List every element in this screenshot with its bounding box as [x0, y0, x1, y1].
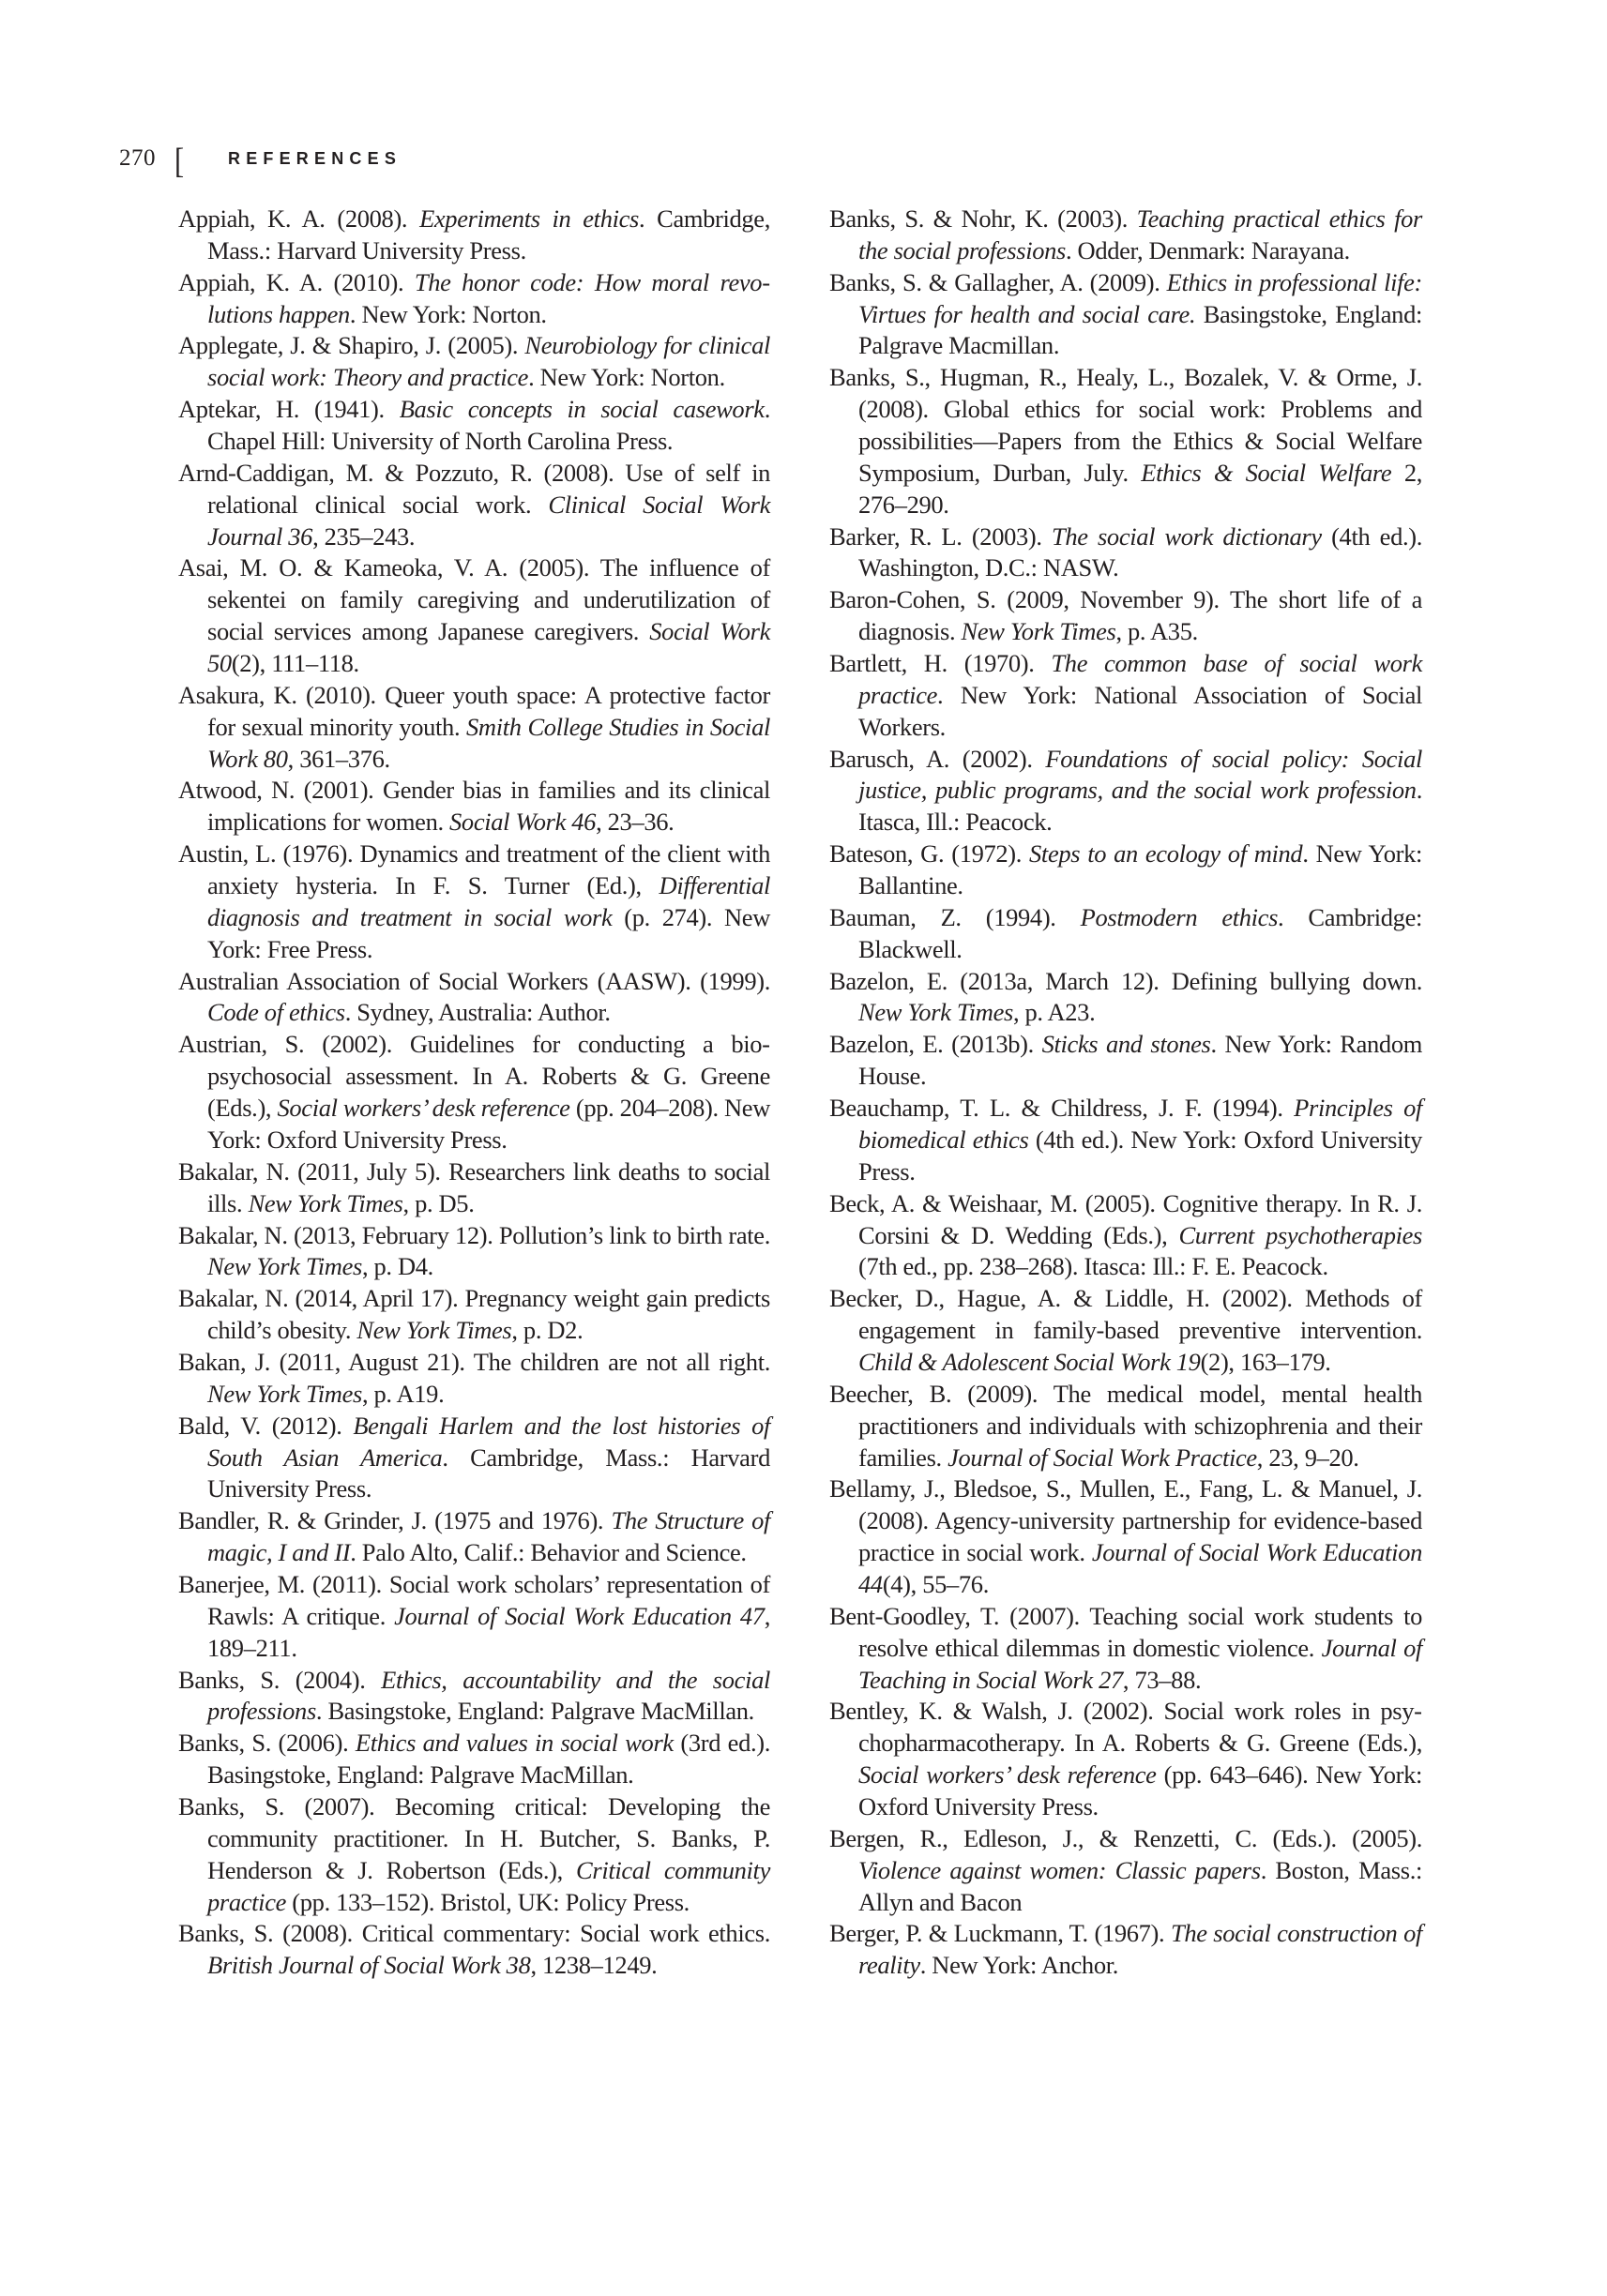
reference-title: Child & Adolescent Social Work 19 [858, 1348, 1201, 1376]
reference-text: (2), 163–179. [1201, 1348, 1331, 1376]
reference-entry: Becker, D., Hague, A. & Liddle, H. (2002… [829, 1283, 1422, 1379]
reference-entry: Appiah, K. A. (2008). Experiments in eth… [178, 204, 770, 267]
section-title: REFERENCES [228, 150, 402, 167]
reference-entry: Atwood, N. (2001). Gender bias in famili… [178, 775, 770, 838]
reference-entry: Bartlett, H. (1970). The common base of … [829, 648, 1422, 744]
reference-entry: Banks, S. & Gallagher, A. (2009). Ethics… [829, 267, 1422, 363]
reference-title: Social workers’ desk reference [277, 1094, 569, 1122]
reference-title: Violence against women: Classic papers [858, 1856, 1261, 1884]
reference-text: (7th ed., pp. 238–268). Itasca: Ill.: F.… [858, 1252, 1328, 1280]
reference-text: . New York: Norton. [350, 300, 547, 328]
reference-title: Ethics and values in social work [356, 1729, 674, 1757]
reference-text: Bateson, G. (1972). [829, 839, 1029, 868]
reference-text: , 73–88. [1123, 1666, 1201, 1694]
reference-text: Applegate, J. & Shapiro, J. (2005). [178, 331, 524, 359]
reference-entry: Bateson, G. (1972). Steps to an ecology … [829, 838, 1422, 902]
reference-title: New York Times [207, 1252, 362, 1280]
reference-title: Code of ethics [207, 998, 345, 1026]
reference-entry: Beck, A. & Weishaar, M. (2005). Cognitiv… [829, 1188, 1422, 1284]
reference-text: Bakalar, N. (2013, February 12). Polluti… [178, 1221, 770, 1249]
page-number: 270 [119, 146, 156, 170]
reference-title: The social work dictionary [1052, 522, 1322, 551]
reference-entry: Banerjee, M. (2011). Social work scholar… [178, 1569, 770, 1665]
reference-text: Berger, P. & Luckmann, T. (1967). [829, 1919, 1171, 1947]
reference-title: Journal of Social Work Practice [948, 1443, 1257, 1472]
reference-text: Bald, V. (2012). [178, 1412, 353, 1440]
reference-entry: Bakalar, N. (2013, February 12). Polluti… [178, 1220, 770, 1284]
reference-entry: Bald, V. (2012). Bengali Harlem and the … [178, 1411, 770, 1506]
reference-entry: Asai, M. O. & Kameoka, V. A. (2005). The… [178, 552, 770, 679]
reference-text: Banks, S. (2006). [178, 1729, 356, 1757]
reference-text: (pp. 133–152). Bristol, UK: Policy Press… [286, 1888, 690, 1916]
reference-entry: Bazelon, E. (2013a, March 12). Defining … [829, 966, 1422, 1030]
reference-text: Banks, S. (2004). [178, 1666, 381, 1694]
reference-entry: Banks, S. & Nohr, K. (2003). Teaching pr… [829, 204, 1422, 267]
reference-text: Aptekar, H. (1941). [178, 395, 400, 423]
reference-text: , 235–243. [312, 522, 415, 551]
reference-title: New York Times [207, 1380, 362, 1408]
reference-text: Bergen, R., Edleson, J., & Renzetti, C. … [829, 1824, 1422, 1852]
reference-text: , p. A19. [362, 1380, 444, 1408]
reference-entry: Berger, P. & Luckmann, T. (1967). The so… [829, 1918, 1422, 1982]
reference-text: , 23, 9–20. [1257, 1443, 1359, 1472]
reference-entry: Bakalar, N. (2014, April 17). Pregnancy … [178, 1283, 770, 1347]
reference-text: Bartlett, H. (1970). [829, 649, 1051, 677]
reference-text: Bazelon, E. (2013a, March 12). Defining … [829, 967, 1422, 995]
reference-title: Steps to an ecology of mind [1029, 839, 1302, 868]
reference-text: Bauman, Z. (1994). [829, 903, 1081, 931]
reference-entry: Banks, S. (2004). Ethics, accountability… [178, 1665, 770, 1729]
reference-title: Sticks and stones [1042, 1030, 1211, 1058]
reference-text: Australian Association of Social Workers… [178, 967, 770, 995]
reference-text: , 361–376. [288, 745, 390, 773]
reference-entry: Applegate, J. & Shapiro, J. (2005). Neur… [178, 330, 770, 394]
reference-entry: Bent-Goodley, T. (2007). Teaching social… [829, 1601, 1422, 1697]
reference-title: Ethics & Social Welfare [1141, 459, 1391, 487]
reference-title: Social Work 46 [449, 808, 596, 836]
reference-entry: Australian Association of Social Workers… [178, 966, 770, 1030]
reference-text: (4), 55–76. [883, 1570, 989, 1598]
reference-entry: Bergen, R., Edleson, J., & Renzetti, C. … [829, 1823, 1422, 1919]
reference-text: Banks, S. (2008). Critical commentary: S… [178, 1919, 770, 1947]
reference-entry: Barusch, A. (2002). Foundations of socia… [829, 744, 1422, 839]
reference-title: Current psy­chotherapies [1178, 1221, 1422, 1249]
reference-text: Bentley, K. & Walsh, J. (2002). Social w… [829, 1697, 1422, 1757]
reference-text: . Odder, Denmark: Narayana. [1066, 236, 1350, 264]
reference-text: Bakan, J. (2011, August 21). The childre… [178, 1348, 770, 1376]
reference-text: Banks, S. & Nohr, K. (2003). [829, 204, 1137, 233]
reference-entry: Bandler, R. & Grinder, J. (1975 and 1976… [178, 1505, 770, 1569]
reference-text: , p. D5. [403, 1189, 475, 1217]
reference-entry: Appiah, K. A. (2010). The honor code: Ho… [178, 267, 770, 331]
reference-text: Bandler, R. & Grinder, J. (1975 and 1976… [178, 1506, 611, 1534]
reference-text: (2), 111–118. [232, 649, 359, 677]
reference-title: New York Times [858, 998, 1013, 1026]
reference-title: New York Times [249, 1189, 403, 1217]
reference-text: , 1238–1249. [530, 1951, 657, 1979]
reference-text: Appiah, K. A. (2008). [178, 204, 419, 233]
reference-title: Experiments in ethics [419, 204, 639, 233]
reference-entry: Asakura, K. (2010). Queer youth space: A… [178, 680, 770, 776]
reference-text: . Basingstoke, England: Palgrave MacMill… [316, 1697, 754, 1725]
references-column-right: Banks, S. & Nohr, K. (2003). Teaching pr… [829, 204, 1422, 1982]
reference-text: . Palo Alto, Calif.: Behavior and Scienc… [350, 1538, 746, 1566]
reference-entry: Bakalar, N. (2011, July 5). Researchers … [178, 1156, 770, 1220]
reference-text: , p. D4. [362, 1252, 433, 1280]
reference-text: , p. A35. [1115, 617, 1197, 645]
reference-title: New York Times [962, 617, 1116, 645]
reference-entry: Bellamy, J., Bledsoe, S., Mullen, E., Fa… [829, 1473, 1422, 1600]
reference-text: Becker, D., Hague, A. & Liddle, H. (2002… [829, 1284, 1422, 1344]
reference-entry: Arnd-Caddigan, M. & Pozzuto, R. (2008). … [178, 458, 770, 553]
reference-text: . New York: Nor­ton. [528, 363, 725, 391]
reference-title: Journal of Social Work Edu­cation 47 [394, 1602, 765, 1630]
reference-entry: Beauchamp, T. L. & Childress, J. F. (199… [829, 1093, 1422, 1188]
reference-text: Appiah, K. A. (2010). [178, 268, 415, 296]
reference-entry: Banks, S. (2006). Ethics and values in s… [178, 1728, 770, 1791]
reference-title: Basic concepts in social casework [400, 395, 765, 423]
reference-entry: Bentley, K. & Walsh, J. (2002). Social w… [829, 1696, 1422, 1822]
reference-text: Barusch, A. (2002). [829, 745, 1045, 773]
reference-text: , 23–36. [596, 808, 674, 836]
reference-text: . New York: National Association of Soci… [858, 681, 1422, 741]
reference-text: Beauchamp, T. L. & Childress, J. F. (199… [829, 1094, 1294, 1122]
reference-text: , p. D2. [511, 1316, 583, 1344]
reference-entry: Beecher, B. (2009). The medical model, m… [829, 1379, 1422, 1474]
running-head: 270 [ REFERENCES [0, 0, 1607, 188]
reference-text: Bazelon, E. (2013b). [829, 1030, 1042, 1058]
bracket-ornament: [ [174, 143, 184, 179]
reference-entry: Banks, S. (2008). Critical commentary: S… [178, 1918, 770, 1982]
reference-text: Banks, S. & Gallagher, A. (2009). [829, 268, 1167, 296]
reference-text: , p. A23. [1013, 998, 1095, 1026]
reference-entry: Baron-Cohen, S. (2009, November 9). The … [829, 584, 1422, 648]
reference-entry: Austin, L. (1976). Dynamics and treatmen… [178, 838, 770, 965]
reference-text: . Sydney, Australia: Author. [345, 998, 611, 1026]
reference-entry: Aptekar, H. (1941). Basic concepts in so… [178, 394, 770, 458]
reference-title: New York Times [356, 1316, 511, 1344]
reference-entry: Barker, R. L. (2003). The social work di… [829, 521, 1422, 585]
reference-text: . New York: Anchor. [920, 1951, 1118, 1979]
reference-text: Barker, R. L. (2003). [829, 522, 1052, 551]
references-column-left: Appiah, K. A. (2008). Experiments in eth… [178, 204, 770, 1982]
reference-title: British Journal of Social Work 38 [207, 1951, 530, 1979]
reference-entry: Bazelon, E. (2013b). Sticks and stones. … [829, 1029, 1422, 1093]
reference-entry: Bakan, J. (2011, August 21). The childre… [178, 1347, 770, 1411]
reference-entry: Bauman, Z. (1994). Postmodern ethics. Ca… [829, 902, 1422, 966]
reference-title: Social workers’ desk reference [858, 1760, 1157, 1789]
reference-title: Postmodern ethics [1081, 903, 1278, 931]
reference-entry: Austrian, S. (2002). Guidelines for cond… [178, 1029, 770, 1156]
reference-entry: Banks, S., Hugman, R., Healy, L., Bozale… [829, 362, 1422, 521]
reference-entry: Banks, S. (2007). Becoming critical: Dev… [178, 1791, 770, 1918]
